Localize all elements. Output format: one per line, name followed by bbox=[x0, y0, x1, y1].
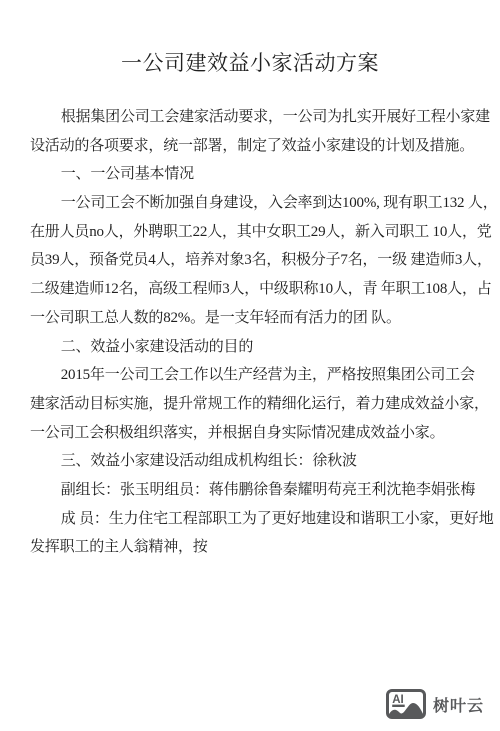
text-line: 根据集团公司工会建家活动要求，一公司为扎实开展好工程小家建 bbox=[30, 103, 472, 132]
text-line: 建家活动目标实施，提升常规工作的精细化运行，着力建成效益小家， bbox=[30, 390, 472, 419]
document-body: 根据集团公司工会建家活动要求，一公司为扎实开展好工程小家建设活动的各项要求，统一… bbox=[30, 103, 472, 562]
text-line: 一公司工会不断加强自身建设，入会率到达100%, 现有职工132 人， bbox=[30, 189, 472, 218]
text-line: 三、效益小家建设活动组成机构组长：徐秋波 bbox=[30, 447, 472, 476]
text-line: 一、一公司基本情况 bbox=[30, 160, 472, 189]
text-line: 员39人，预备党员4人，培养对象3名，积极分子7名，一级 建造师3人， bbox=[30, 246, 472, 275]
document-page: 一公司建效益小家活动方案 根据集团公司工会建家活动要求，一公司为扎实开展好工程小… bbox=[0, 0, 500, 731]
text-line: 成 员：生力住宅工程部职工为了更好地建设和谐职工小家，更好地 bbox=[30, 505, 472, 534]
text-line: 2015年一公司工会工作以生产经营为主，严格按照集团公司工会 bbox=[30, 361, 472, 390]
ai-logo-text: AI bbox=[392, 694, 404, 706]
text-line: 一公司工会积极组织落实，并根据自身实际情况建成效益小家。 bbox=[30, 419, 472, 448]
text-line: 二级建造师12名，高级工程师3人，中级职称10人，青 年职工108人，占 bbox=[30, 275, 472, 304]
watermark-brand-text: 树叶云 bbox=[433, 693, 484, 716]
text-line: 副组长：张玉明组员：蒋伟鹏徐鲁秦耀明苟亮王利沈艳李娟张梅 bbox=[30, 476, 472, 505]
text-line: 二、效益小家建设活动的目的 bbox=[30, 333, 472, 362]
text-line: 发挥职工的主人翁精神，按 bbox=[30, 533, 472, 562]
watermark: AI 树叶云 bbox=[386, 689, 484, 719]
text-line: 设活动的各项要求，统一部署，制定了效益小家建设的计划及措施。 bbox=[30, 132, 472, 161]
text-line: 在册人员no人，外聘职工22人，其中女职工29人，新入司职工 10人，党 bbox=[30, 218, 472, 247]
ai-image-logo-icon: AI bbox=[386, 689, 426, 719]
document-title: 一公司建效益小家活动方案 bbox=[0, 47, 500, 77]
text-line: 一公司职工总人数的82%。是一支年轻而有活力的团 队。 bbox=[30, 304, 472, 333]
